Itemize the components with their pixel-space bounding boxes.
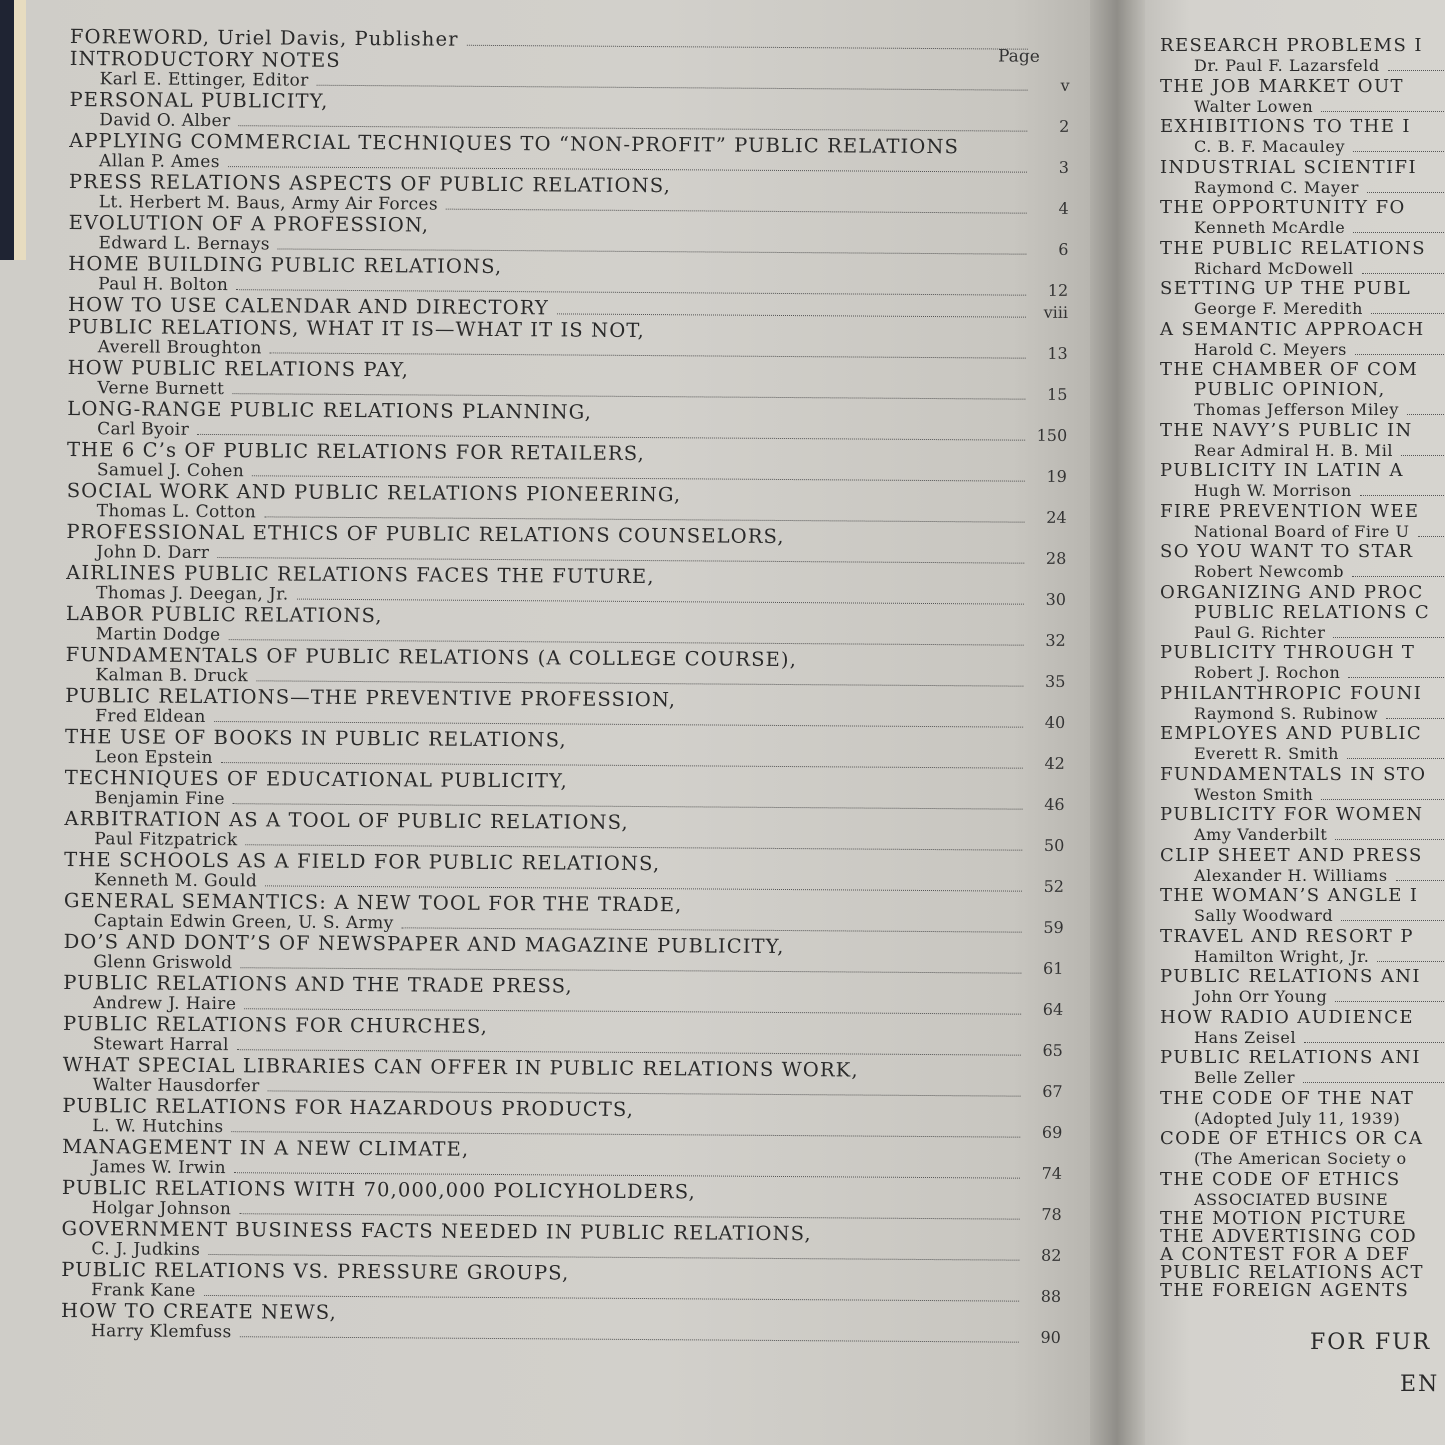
dot-leader — [1335, 839, 1445, 840]
entry-title: THE CODE OF ETHICS — [1160, 1170, 1445, 1190]
entry-author: Glenn Griswold — [63, 952, 232, 973]
entry-author-row: C. B. F. Macauley — [1160, 137, 1445, 158]
entry-author: Andrew J. Haire — [63, 993, 236, 1014]
entry-author: Raymond S. Rubinow — [1160, 704, 1378, 725]
entry-page-number: 42 — [1031, 754, 1065, 774]
entry-author-row: Robert Newcomb — [1160, 562, 1445, 583]
entry-page-number: 150 — [1033, 426, 1067, 446]
entry-title: SO YOU WANT TO STAR — [1160, 542, 1445, 562]
entry-subtitle: PUBLIC RELATIONS C — [1160, 603, 1445, 623]
dot-leader — [1335, 1001, 1445, 1002]
dot-leader — [1367, 192, 1445, 193]
entry-author-row: Weston Smith — [1160, 785, 1445, 806]
entry-title: PUBLIC RELATIONS ANI — [1160, 967, 1445, 987]
entry-page-number: 46 — [1031, 795, 1065, 815]
toc-entries: FOREWORD, Uriel Davis, PublisherINTRODUC… — [61, 26, 1070, 1348]
entry-author: Frank Kane — [61, 1280, 196, 1301]
entry-author: Raymond C. Mayer — [1160, 178, 1359, 199]
dot-leader — [557, 312, 1026, 317]
table-of-contents-left: Page FOREWORD, Uriel Davis, PublisherINT… — [61, 26, 1070, 1348]
entry-title: CODE OF ETHICS OR CA — [1160, 1129, 1445, 1149]
entry-author-row: Sally Woodward — [1160, 906, 1445, 927]
dot-leader — [297, 598, 1024, 605]
entry-author: Harold C. Meyers — [1160, 340, 1347, 361]
entry-author: Paul H. Bolton — [68, 274, 228, 295]
dot-leader — [1362, 273, 1445, 274]
dot-leader — [1348, 677, 1445, 678]
dot-leader — [240, 1335, 1019, 1342]
entry-page-number: 52 — [1030, 877, 1064, 897]
entry-author: National Board of Fire U — [1160, 522, 1410, 543]
entry-title: THE PUBLIC RELATIONS — [1160, 239, 1445, 259]
entry-author: Thomas L. Cotton — [67, 501, 257, 522]
entry-author: David O. Alber — [69, 110, 230, 131]
entry-author: Benjamin Fine — [65, 788, 225, 809]
entry-author-row: Hans Zeisel — [1160, 1028, 1445, 1049]
entry-title: INDUSTRIAL SCIENTIFI — [1160, 158, 1445, 178]
entry-author: Averell Broughton — [68, 337, 262, 358]
toc-entries-right: RESEARCH PROBLEMS IDr. Paul F. Lazarsfel… — [1160, 36, 1445, 1300]
entry-author-row: Amy Vanderbilt — [1160, 825, 1445, 846]
entry-author-row: Rear Admiral H. B. Mil — [1160, 441, 1445, 462]
entry-title: THE WOMAN’S ANGLE I — [1160, 886, 1445, 906]
entry-author: Rear Admiral H. B. Mil — [1160, 441, 1393, 462]
entry-author: James W. Irwin — [62, 1157, 226, 1178]
entry-author: L. W. Hutchins — [62, 1116, 223, 1137]
entry-title: A SEMANTIC APPROACH — [1160, 320, 1445, 340]
entry-author-row: Raymond S. Rubinow — [1160, 704, 1445, 725]
dot-leader — [1386, 718, 1445, 719]
dot-leader — [1388, 70, 1445, 71]
entry-page-number: 6 — [1034, 240, 1068, 260]
entry-author: Walter Lowen — [1160, 97, 1313, 118]
entry-author-row: Raymond C. Mayer — [1160, 178, 1445, 199]
entry-page-number: 65 — [1029, 1041, 1063, 1061]
entry-author: Samuel J. Cohen — [67, 460, 244, 481]
entry-author-row: Thomas Jefferson Miley — [1160, 400, 1445, 421]
entry-author: Martin Dodge — [66, 624, 221, 645]
dot-leader — [317, 84, 1028, 91]
entry-page-number: 15 — [1033, 385, 1067, 405]
entry-title: THE FOREIGN AGENTS — [1160, 1282, 1445, 1300]
entry-author-row: Kenneth McArdle — [1160, 218, 1445, 239]
entry-author-row: George F. Meredith — [1160, 299, 1445, 320]
entry-page-number: 3 — [1035, 158, 1069, 178]
dot-leader — [1396, 880, 1445, 881]
entry-title: THE CHAMBER OF COM — [1160, 360, 1445, 380]
dot-leader — [1353, 151, 1445, 152]
entry-author: Verne Burnett — [67, 378, 224, 399]
table-of-contents-right: RESEARCH PROBLEMS IDr. Paul F. Lazarsfel… — [1160, 36, 1445, 1300]
entry-page-number: 32 — [1032, 631, 1066, 651]
entry-author: Fred Eldean — [65, 706, 206, 727]
entry-author: Everett R. Smith — [1160, 744, 1339, 765]
entry-page-number: 88 — [1027, 1287, 1061, 1307]
entry-title: EMPLOYES AND PUBLIC — [1160, 724, 1445, 744]
entry-page-number: 19 — [1033, 467, 1067, 487]
entry-page-number: 40 — [1031, 713, 1065, 733]
entry-author: Hugh W. Morrison — [1160, 481, 1352, 502]
dot-leader — [1304, 1042, 1445, 1043]
footer-line-1: FOR FUR — [1310, 1330, 1431, 1355]
entry-page-number: 64 — [1029, 1000, 1063, 1020]
entry-author: Edward L. Bernays — [68, 233, 270, 254]
entry-author-row: Richard McDowell — [1160, 259, 1445, 280]
entry-title: PUBLIC RELATIONS ANI — [1160, 1048, 1445, 1068]
dot-leader — [1303, 1082, 1445, 1083]
entry-title: THE CODE OF THE NAT — [1160, 1089, 1445, 1109]
entry-author: Kenneth M. Gould — [64, 870, 257, 891]
entry-title: PUBLICITY FOR WOMEN — [1160, 805, 1445, 825]
entry-page-number: 12 — [1034, 281, 1068, 301]
entry-note: ASSOCIATED BUSINE — [1160, 1190, 1445, 1211]
entry-note: (Adopted July 11, 1939) — [1160, 1109, 1445, 1130]
entry-page-number: 13 — [1034, 344, 1068, 364]
entry-author: Holgar Johnson — [62, 1198, 232, 1219]
dot-leader — [1341, 920, 1445, 921]
entry-author: Hans Zeisel — [1160, 1028, 1296, 1049]
entry-author: Hamilton Wright, Jr. — [1160, 947, 1369, 968]
entry-subtitle: PUBLIC OPINION, — [1160, 380, 1445, 400]
entry-title: FIRE PREVENTION WEE — [1160, 502, 1445, 522]
page-stack-edge — [14, 0, 26, 260]
entry-author: Paul G. Richter — [1160, 623, 1325, 644]
dot-leader — [1321, 799, 1445, 800]
dot-leader — [1321, 111, 1445, 112]
entry-page-number: 30 — [1032, 590, 1066, 610]
entry-author: Harry Klemfuss — [61, 1321, 232, 1342]
entry-page-number: 82 — [1027, 1246, 1061, 1266]
entry-author: Amy Vanderbilt — [1160, 825, 1327, 846]
dot-leader — [446, 208, 1027, 214]
dot-leader — [1360, 495, 1445, 496]
entry-author: John D. Darr — [66, 542, 209, 563]
dot-leader — [1353, 232, 1445, 233]
entry-author: Paul Fitzpatrick — [64, 829, 237, 850]
right-book-page: RESEARCH PROBLEMS IDr. Paul F. Lazarsfel… — [1145, 0, 1445, 1445]
entry-author: Allan P. Ames — [69, 151, 220, 172]
entry-author: Thomas Jefferson Miley — [1160, 400, 1399, 421]
entry-author-row: Harold C. Meyers — [1160, 340, 1445, 361]
dot-leader — [1352, 576, 1445, 577]
entry-page-number: 67 — [1029, 1082, 1063, 1102]
entry-title: FOREWORD, Uriel Davis, Publisher — [70, 26, 459, 50]
entry-author-row: Everett R. Smith — [1160, 744, 1445, 765]
entry-author-row: National Board of Fire U — [1160, 522, 1445, 543]
entry-author-row: Hamilton Wright, Jr. — [1160, 947, 1445, 968]
dot-leader — [1377, 961, 1445, 962]
entry-author: C. J. Judkins — [61, 1239, 200, 1260]
entry-page-number: v — [1036, 76, 1070, 96]
entry-author: Sally Woodward — [1160, 906, 1333, 927]
entry-author: Stewart Harral — [63, 1034, 229, 1055]
entry-note: (The American Society o — [1160, 1149, 1445, 1170]
dot-leader — [1355, 354, 1445, 355]
entry-author-row: Paul G. Richter — [1160, 623, 1445, 644]
book-gutter — [1090, 0, 1150, 1445]
dot-leader — [1333, 637, 1445, 638]
entry-author: Robert Newcomb — [1160, 562, 1344, 583]
book-cover-edge — [0, 0, 14, 260]
entry-title: THE JOB MARKET OUT — [1160, 77, 1445, 97]
entry-title: TRAVEL AND RESORT P — [1160, 927, 1445, 947]
entry-author: Leon Epstein — [65, 747, 213, 768]
entry-author-row: Dr. Paul F. Lazarsfeld — [1160, 56, 1445, 77]
entry-page-number: 61 — [1029, 959, 1063, 979]
entry-author: Alexander H. Williams — [1160, 866, 1388, 887]
entry-title: CLIP SHEET AND PRESS — [1160, 846, 1445, 866]
dot-leader — [1418, 536, 1445, 537]
entry-title: PUBLICITY THROUGH T — [1160, 643, 1445, 663]
entry-author: Kenneth McArdle — [1160, 218, 1345, 239]
dot-leader — [1347, 758, 1445, 759]
entry-title: SETTING UP THE PUBL — [1160, 279, 1445, 299]
entry-page-number: 78 — [1028, 1205, 1062, 1225]
dot-leader — [1371, 313, 1445, 314]
entry-title: EXHIBITIONS TO THE I — [1160, 117, 1445, 137]
entry-author-row: Alexander H. Williams — [1160, 866, 1445, 887]
toc-entry: HOW TO CREATE NEWS,Harry Klemfuss90 — [61, 1300, 1061, 1348]
entry-author-row: John Orr Young — [1160, 987, 1445, 1008]
entry-page-number: 90 — [1027, 1328, 1061, 1348]
dot-leader — [467, 44, 1028, 50]
entry-page-number: 24 — [1033, 508, 1067, 528]
entry-author-row: Robert J. Rochon — [1160, 663, 1445, 684]
entry-author: Carl Byoir — [67, 419, 189, 440]
entry-author: Richard McDowell — [1160, 259, 1354, 280]
entry-author: Belle Zeller — [1160, 1068, 1295, 1089]
entry-author-row: Hugh W. Morrison — [1160, 481, 1445, 502]
footer-line-2: EN — [1400, 1372, 1439, 1397]
entry-author-row: Walter Lowen — [1160, 97, 1445, 118]
entry-author: Robert J. Rochon — [1160, 663, 1340, 684]
dot-leader — [1401, 455, 1445, 456]
entry-page-number: 50 — [1030, 836, 1064, 856]
entry-page-number: 2 — [1035, 117, 1069, 137]
entry-page-number: 28 — [1032, 549, 1066, 569]
entry-author: George F. Meredith — [1160, 299, 1363, 320]
entry-page-number: 69 — [1028, 1123, 1062, 1143]
dot-leader — [402, 926, 1022, 932]
entry-author: Kalman B. Druck — [65, 665, 248, 686]
entry-author: John Orr Young — [1160, 987, 1327, 1008]
entry-title: THE NAVY’S PUBLIC IN — [1160, 421, 1445, 441]
entry-author: Dr. Paul F. Lazarsfeld — [1160, 56, 1380, 77]
entry-title: ORGANIZING AND PROC — [1160, 583, 1445, 603]
entry-page-number: 4 — [1035, 199, 1069, 219]
entry-page-number: 74 — [1028, 1164, 1062, 1184]
entry-author: Weston Smith — [1160, 785, 1313, 806]
dot-leader — [1407, 414, 1445, 415]
entry-page-number: 35 — [1031, 672, 1065, 692]
entry-author: Walter Hausdorfer — [63, 1075, 260, 1096]
entry-page-number: 59 — [1030, 918, 1064, 938]
entry-page-number: viii — [1034, 303, 1068, 323]
entry-author-row: Belle Zeller — [1160, 1068, 1445, 1089]
entry-title: HOW RADIO AUDIENCE — [1160, 1008, 1445, 1028]
entry-title: PHILANTHROPIC FOUNI — [1160, 684, 1445, 704]
entry-title: RESEARCH PROBLEMS I — [1160, 36, 1445, 56]
entry-title: THE OPPORTUNITY FO — [1160, 198, 1445, 218]
entry-title: PUBLICITY IN LATIN A — [1160, 461, 1445, 481]
entry-author: C. B. F. Macauley — [1160, 137, 1345, 158]
entry-title: FUNDAMENTALS IN STO — [1160, 765, 1445, 785]
